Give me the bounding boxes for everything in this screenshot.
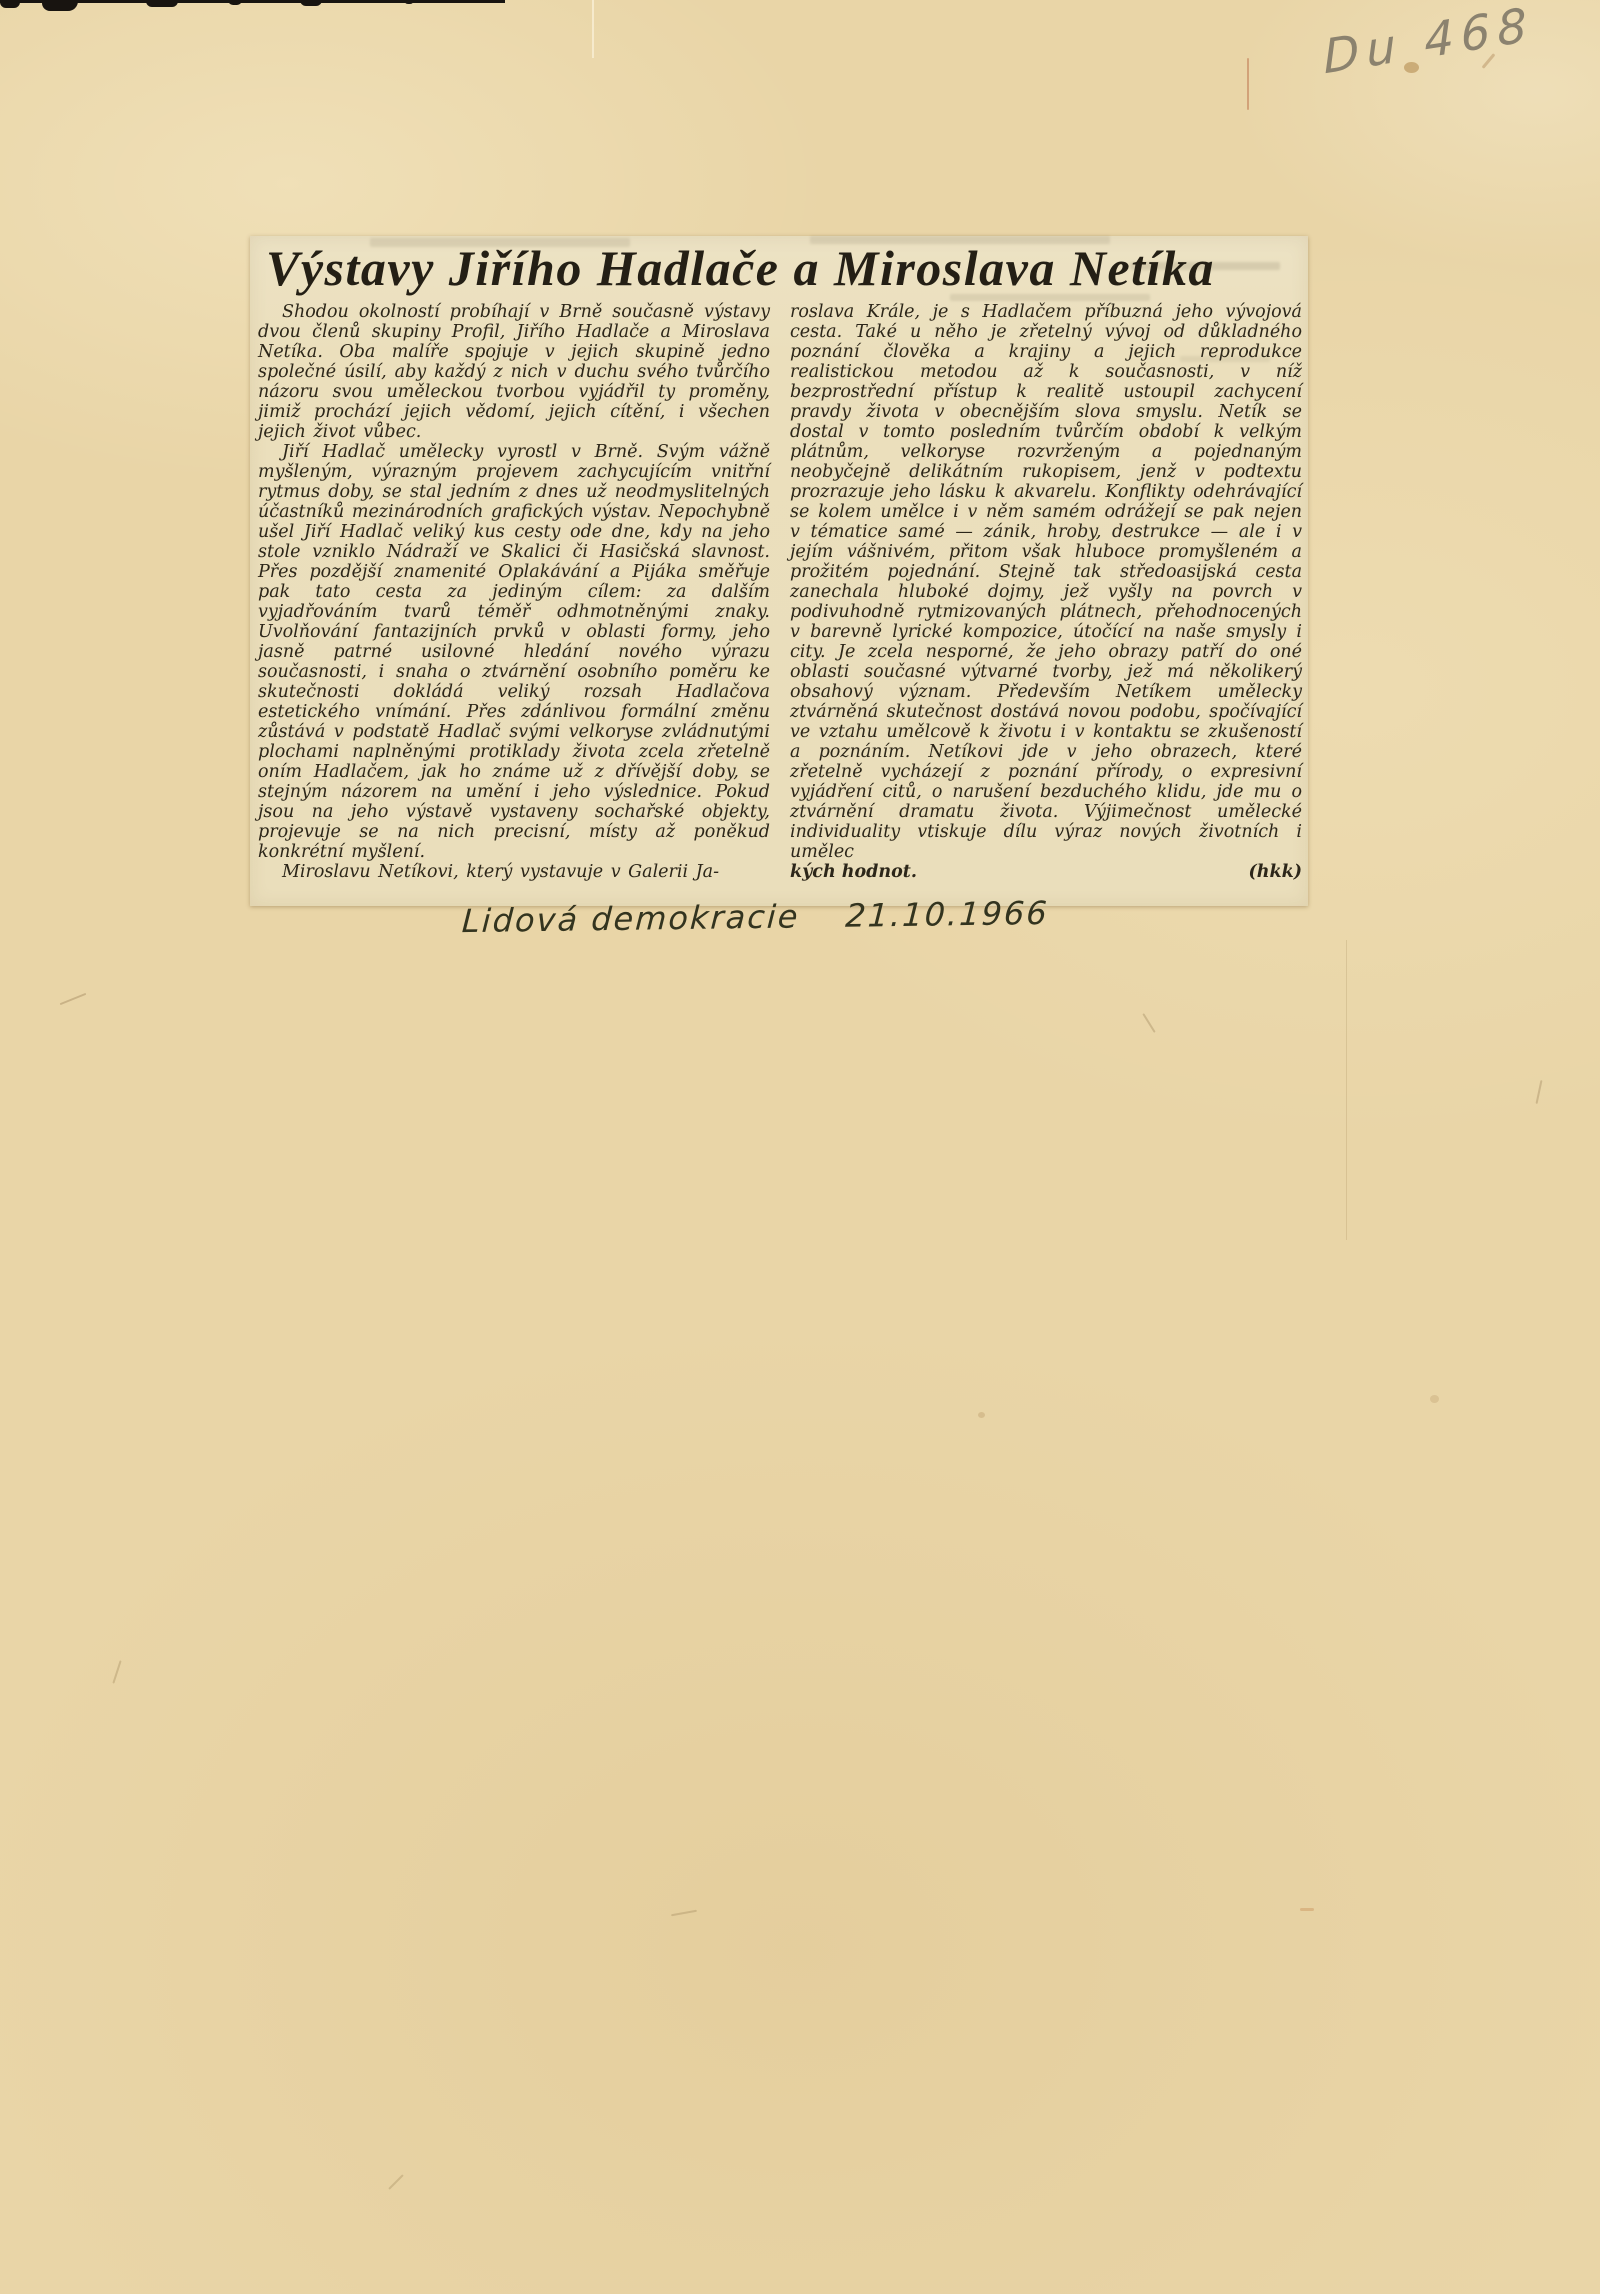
scan-edge-blob <box>404 0 414 4</box>
paper-crease <box>1346 940 1347 1240</box>
article-column-left: Shodou okolností probíhají v Brně součas… <box>258 302 770 882</box>
author-initials: (hkk) <box>1248 862 1302 882</box>
paper-fiber <box>1536 1080 1543 1104</box>
paper-speck <box>1430 1395 1439 1403</box>
paper-fiber <box>60 993 87 1005</box>
article-column-right: roslava Krále, je s Hadlačem příbuzná je… <box>790 302 1302 882</box>
paper-fiber <box>1300 1908 1314 1911</box>
handwritten-source-title: Lidová demokracie <box>461 897 801 940</box>
handwritten-source-note: Lidová demokracie 21.10.1966 <box>461 894 1050 940</box>
scan-edge-blob <box>0 0 20 8</box>
article-headline: Výstavy Jiřího Hadlače a Miroslava Netík… <box>266 240 1292 296</box>
archival-code-pencil-note: Du 468 <box>1322 0 1582 85</box>
paper-fiber <box>1247 58 1249 110</box>
scan-edge-blob <box>300 0 322 6</box>
scan-edge-blob <box>146 0 178 7</box>
scan-edge-blob <box>228 0 242 5</box>
paper-fiber <box>388 2174 404 2190</box>
scanned-archive-page: Du 468 Výstavy Jiřího Hadlače a Miroslav… <box>0 0 1600 2294</box>
paper-speck <box>978 1412 985 1418</box>
article-columns: Shodou okolností probíhají v Brně součas… <box>258 302 1302 882</box>
newspaper-clipping: Výstavy Jiřího Hadlače a Miroslava Netík… <box>250 236 1308 906</box>
scan-edge-blob <box>42 0 78 11</box>
paper-crease <box>592 0 594 58</box>
handwritten-date: 21.10.1966 <box>844 894 1049 935</box>
article-paragraph: Shodou okolností probíhají v Brně součas… <box>258 302 770 442</box>
paper-speck <box>1404 62 1419 73</box>
paper-fiber <box>1142 1013 1155 1033</box>
article-paragraph: roslava Krále, je s Hadlačem příbuzná je… <box>790 302 1302 862</box>
article-paragraph: Miroslavu Netíkovi, který vystavuje v Ga… <box>258 862 770 882</box>
article-last-line: kých hodnot. (hkk) <box>790 862 1302 882</box>
article-last-line-text: kých hodnot. <box>790 862 917 882</box>
article-paragraph: Jiří Hadlač umělecky vyrostl v Brně. Svý… <box>258 442 770 862</box>
paper-fiber <box>112 1660 121 1683</box>
paper-fiber <box>671 1910 697 1916</box>
